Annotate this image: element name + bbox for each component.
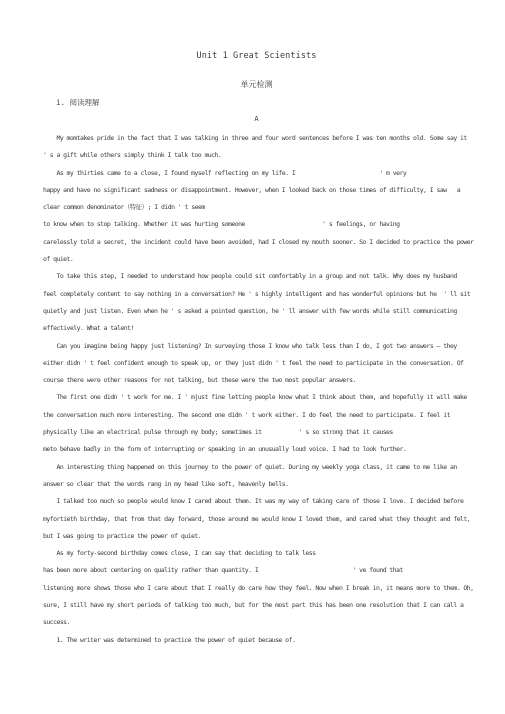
passage-line: the conversation much more interesting. … <box>43 407 475 424</box>
passage-line: feel completely content to say nothing i… <box>43 286 475 303</box>
passage-line: The first one didn ' t work for me. I ' … <box>43 389 475 406</box>
passage-line: course there were other reasons for not … <box>43 372 475 389</box>
section-heading-reading-comprehension: i. 阅读理解 <box>56 97 100 108</box>
passage-line: quietly and just listen. Even when he ' … <box>43 303 475 320</box>
passage-line: To take this step, I needed to understan… <box>43 268 475 285</box>
question-line: 1. The writer was determined to practice… <box>43 632 475 649</box>
passage-line: physically like an electrical pulse thro… <box>43 424 475 441</box>
question-list: 1. The writer was determined to practice… <box>43 632 475 649</box>
passage-line: Can you imagine being happy just listeni… <box>43 338 475 355</box>
passage-label: A <box>43 115 470 123</box>
passage-line: An interesting thing happened on this jo… <box>43 459 475 476</box>
passage-line: meto behave badly in the form of interru… <box>43 441 475 458</box>
passage-line: I talked too much so people would know I… <box>43 493 475 510</box>
document-body: My momtakes pride in the fact that I was… <box>43 130 475 649</box>
passage-line: As my thirties came to a close, I found … <box>43 165 475 182</box>
passage-line: answer so clear that the words rang in m… <box>43 476 475 493</box>
passage-line: effectively. What a talent! <box>43 320 475 337</box>
passage-line: carelessly told a secret, the incident c… <box>43 234 475 251</box>
passage-line: listening more shows those who I care ab… <box>43 580 475 597</box>
passage-line: myfortieth birthday, that from that day … <box>43 511 475 528</box>
passage-line: either didn ' t feel confident enough to… <box>43 355 475 372</box>
document-page: Unit 1 Great Scientists 单元检测 i. 阅读理解 A M… <box>0 0 505 714</box>
passage: My momtakes pride in the fact that I was… <box>43 130 475 632</box>
passage-line: clear common denominator（特征）; I didn ' t… <box>43 199 475 216</box>
passage-line: As my forty-second birthday comes close,… <box>43 545 475 562</box>
passage-line: sure, I still have my short periods of t… <box>43 597 475 614</box>
passage-line: but I was going to practice the power of… <box>43 528 475 545</box>
passage-line: success. <box>43 614 475 631</box>
passage-line: to know when to stop talking. Whether it… <box>43 216 475 233</box>
passage-line: ' s a gift while others simply think I t… <box>43 147 475 164</box>
page-title: Unit 1 Great Scientists <box>43 51 470 61</box>
passage-line: has been more about centering on quality… <box>43 562 475 579</box>
passage-line: of quiet. <box>43 251 475 268</box>
passage-line: happy and have no significant sadness or… <box>43 182 475 199</box>
page-subtitle: 单元检测 <box>43 79 470 90</box>
passage-line: My momtakes pride in the fact that I was… <box>43 130 475 147</box>
